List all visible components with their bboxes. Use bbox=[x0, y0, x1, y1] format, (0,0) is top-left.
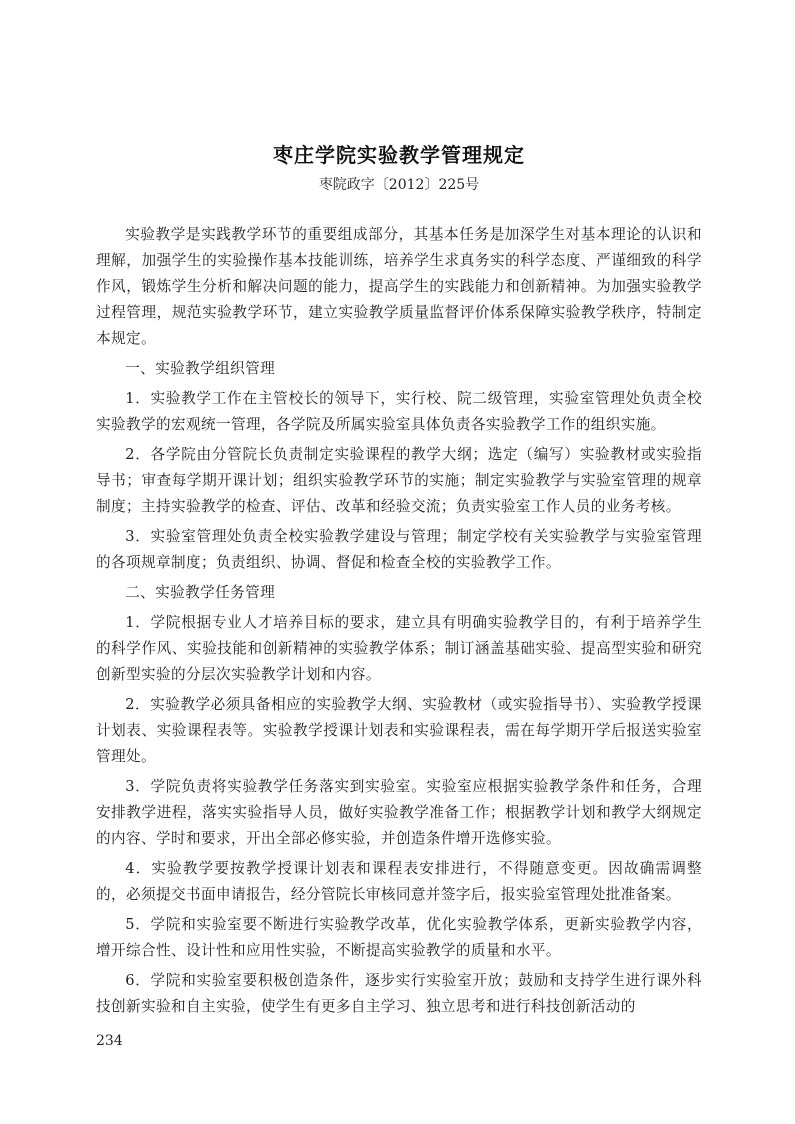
document-page: 枣庄学院实验教学管理规定 枣院政字〔2012〕225号 实验教学是实践教学环节的… bbox=[96, 140, 702, 1024]
document-body: 实验教学是实践教学环节的重要组成部分，其基本任务是加深学生对基本理论的认识和理解… bbox=[96, 222, 702, 1020]
paragraph: 5．学院和实验室要不断进行实验教学改革，优化实验教学体系，更新实验教学内容，增开… bbox=[96, 912, 702, 964]
page-number: 234 bbox=[96, 1033, 123, 1049]
section-heading-1: 一、实验教学组织管理 bbox=[96, 356, 702, 382]
document-number: 枣院政字〔2012〕225号 bbox=[96, 172, 702, 198]
paragraph: 1．学院根据专业人才培养目标的要求，建立具有明确实验教学目的，有利于培养学生的科… bbox=[96, 610, 702, 688]
paragraph: 2．实验教学必须具备相应的实验教学大纲、实验教材（或实验指导书）、实验教学授课计… bbox=[96, 692, 702, 770]
paragraph: 6．学院和实验室要积极创造条件，逐步实行实验室开放；鼓励和支持学生进行课外科技创… bbox=[96, 968, 702, 1020]
paragraph: 3．学院负责将实验教学任务落实到实验室。实验室应根据实验教学条件和任务，合理安排… bbox=[96, 774, 702, 852]
paragraph: 2．各学院由分管院长负责制定实验课程的教学大纲；选定（编写）实验教材或实验指导书… bbox=[96, 442, 702, 520]
paragraph: 4．实验教学要按教学授课计划表和课程表安排进行，不得随意变更。因故确需调整的，必… bbox=[96, 856, 702, 908]
paragraph: 3．实验室管理处负责全校实验教学建设与管理；制定学校有关实验教学与实验室管理的各… bbox=[96, 524, 702, 576]
document-title: 枣庄学院实验教学管理规定 bbox=[96, 140, 702, 170]
intro-paragraph: 实验教学是实践教学环节的重要组成部分，其基本任务是加深学生对基本理论的认识和理解… bbox=[96, 222, 702, 352]
paragraph: 1．实验教学工作在主管校长的领导下，实行校、院二级管理，实验室管理处负责全校实验… bbox=[96, 386, 702, 438]
section-heading-2: 二、实验教学任务管理 bbox=[96, 580, 702, 606]
